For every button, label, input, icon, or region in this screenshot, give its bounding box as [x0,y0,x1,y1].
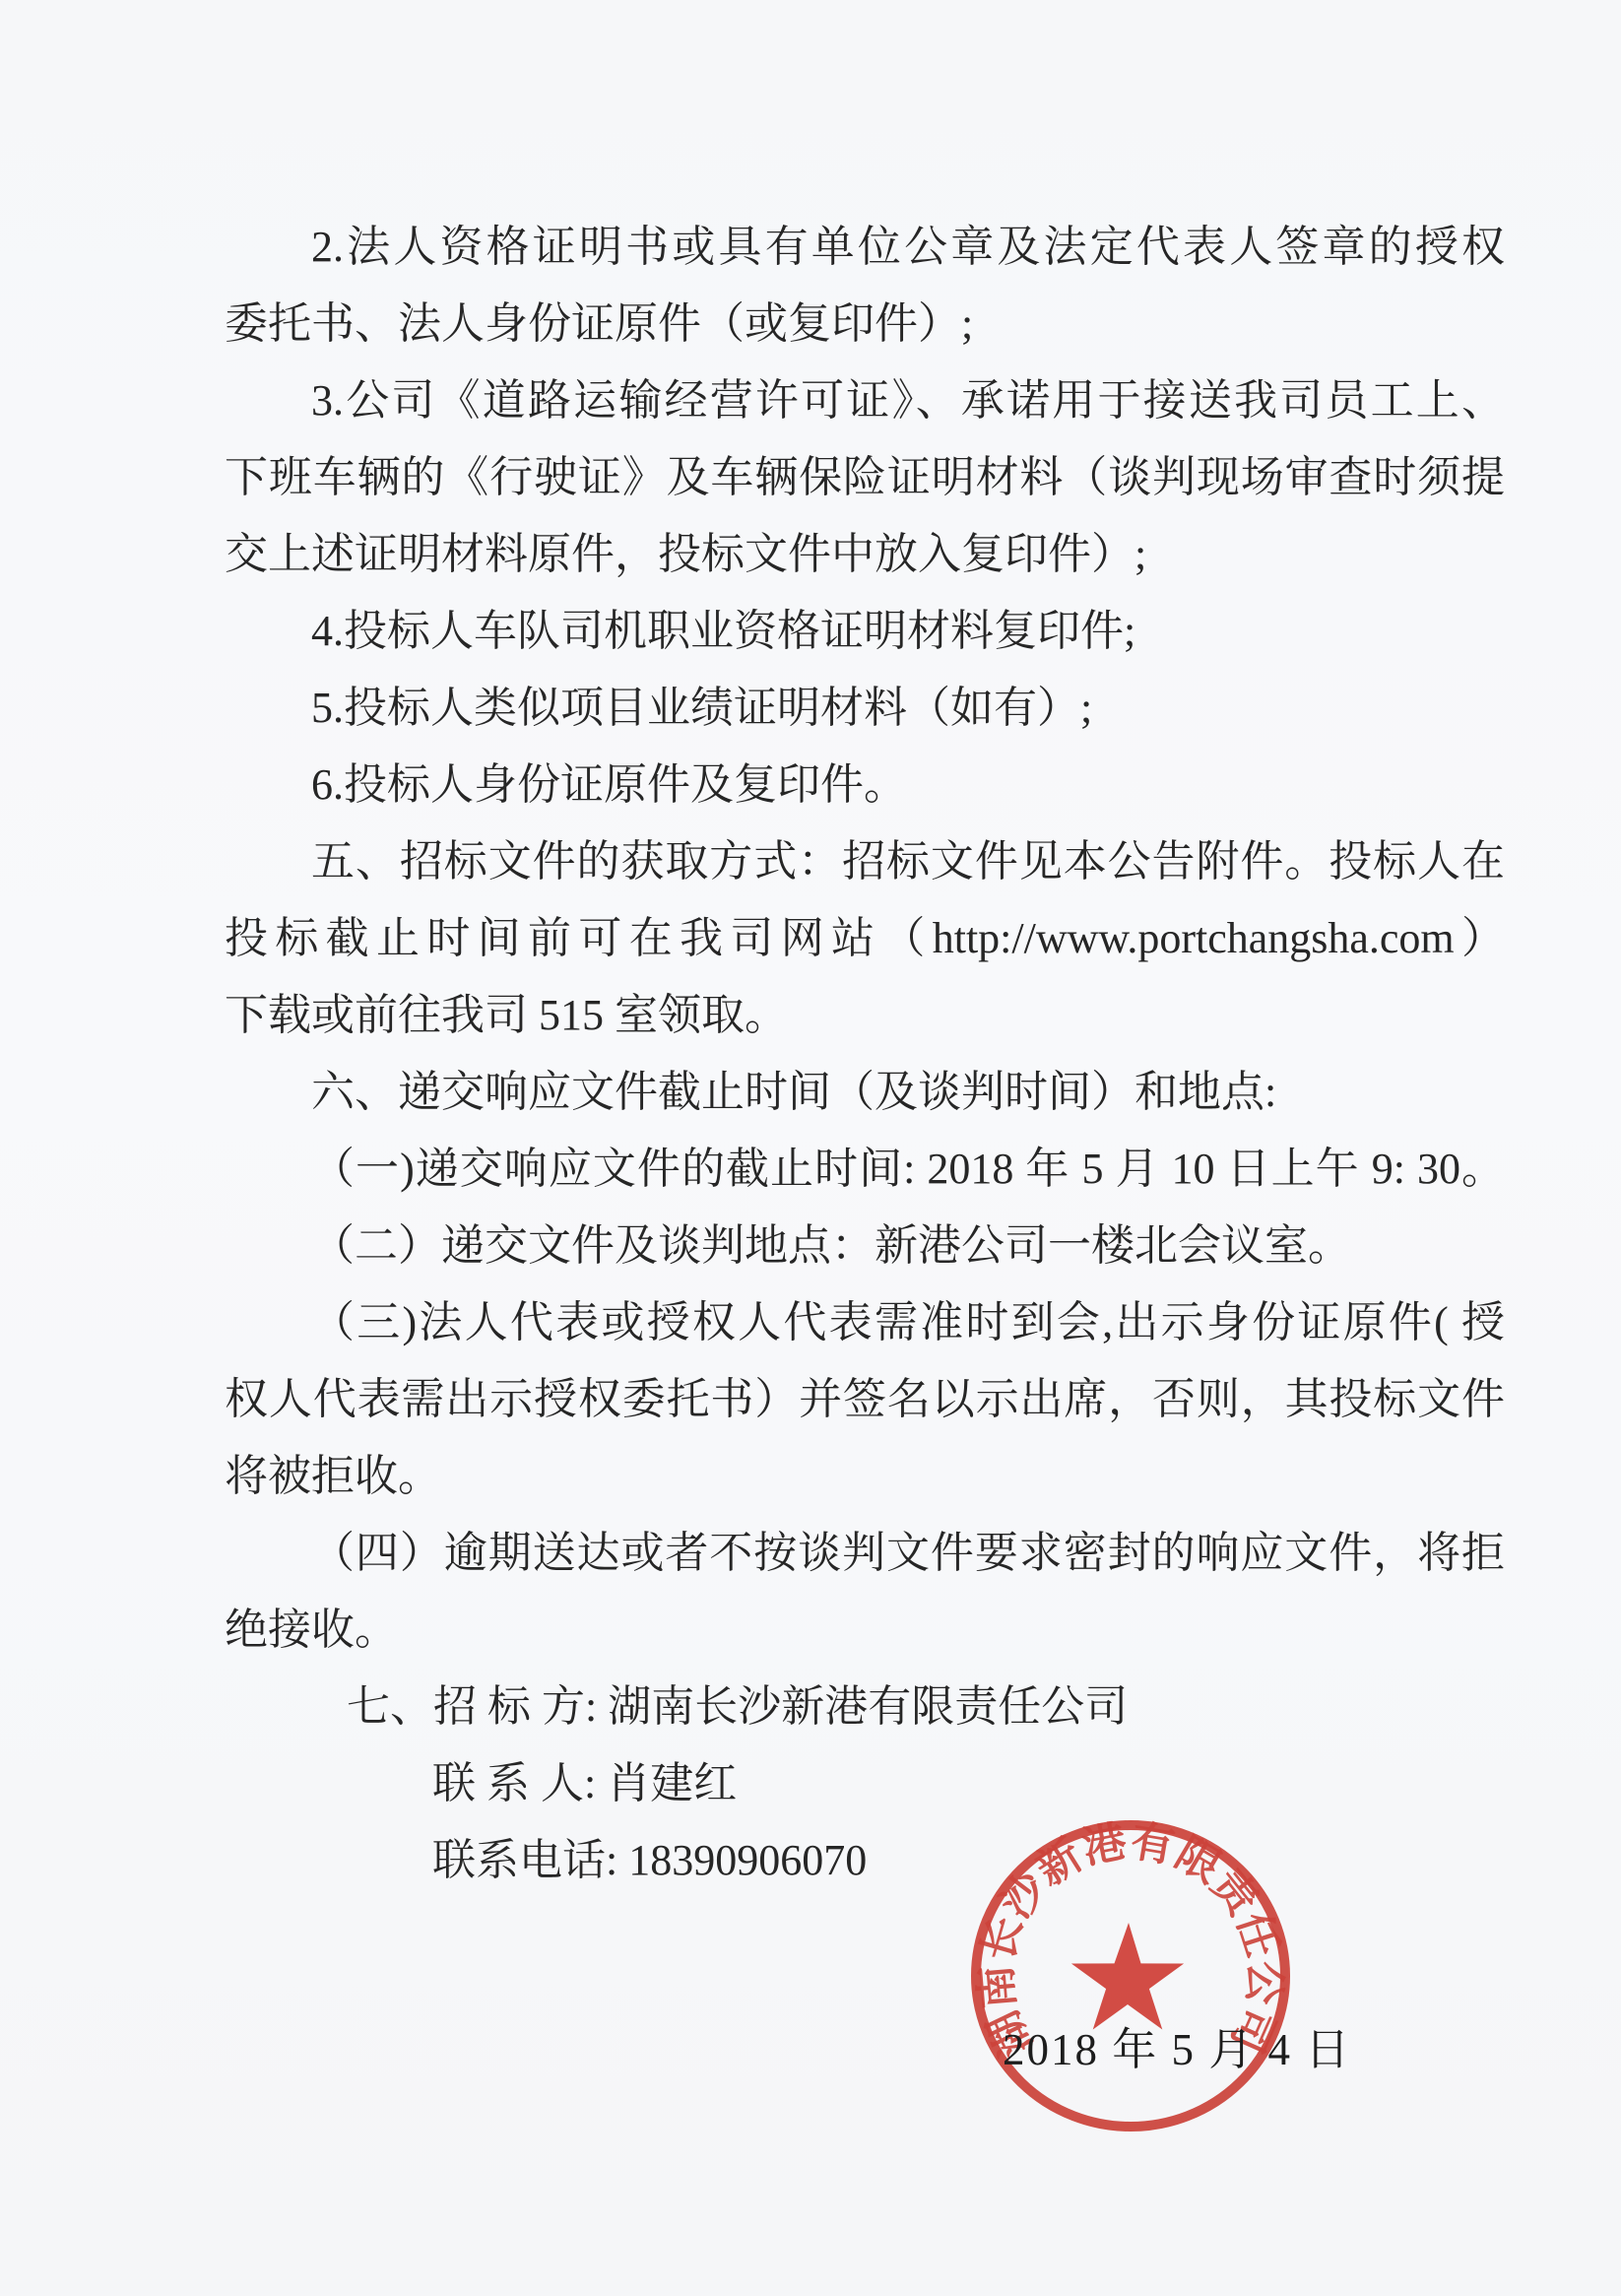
paragraph-line: （四）逾期送达或者不按谈判文件要求密封的响应文件，将拒 [225,1515,1505,1592]
issue-date: 2018 年 5 月 4 日 [1003,2011,1351,2088]
paragraph-line: 下班车辆的《行驶证》及车辆保险证明材料（谈判现场审查时须提 [225,439,1505,516]
paragraph-line: 5.投标人类似项目业绩证明材料（如有）; [225,670,1505,747]
paragraph-line: 6.投标人身份证原件及复印件。 [225,747,1505,823]
paragraph-line: 绝接收。 [225,1592,1505,1669]
paragraph-line: 交上述证明材料原件，投标文件中放入复印件）; [225,516,1505,593]
paragraph-line: 六、递交响应文件截止时间（及谈判时间）和地点: [225,1054,1505,1131]
paragraph-line: 将被拒收。 [225,1438,1505,1515]
paragraph-line: 4.投标人车队司机职业资格证明材料复印件; [225,593,1505,670]
document-body: 2.法人资格证明书或具有单位公章及法定代表人签章的授权 委托书、法人身份证原件（… [0,209,1621,1899]
paragraph-line: 权人代表需出示授权委托书）并签名以示出席，否则，其投标文件 [225,1361,1505,1438]
paragraph-line: （一)递交响应文件的截止时间: 2018 年 5 月 10 日上午 9: 30。 [225,1131,1505,1208]
tenderer-line: 七、招 标 方: 湖南长沙新港有限责任公司 [225,1669,1505,1745]
document-page: 2.法人资格证明书或具有单位公章及法定代表人签章的授权 委托书、法人身份证原件（… [0,0,1621,2296]
paragraph-line: （二）递交文件及谈判地点：新港公司一楼北会议室。 [225,1208,1505,1284]
paragraph-line: 五、招标文件的获取方式：招标文件见本公告附件。投标人在 [225,823,1505,900]
paragraph-line: 投标截止时间前可在我司网站（http://www.portchangsha.co… [225,900,1505,977]
contact-phone-line: 联系电话: 18390906070 [225,1822,1505,1899]
paragraph-line: 2.法人资格证明书或具有单位公章及法定代表人签章的授权 [225,209,1505,286]
paragraph-line: 3.公司《道路运输经营许可证》、承诺用于接送我司员工上、 [225,362,1505,439]
paragraph-line: 下载或前往我司 515 室领取。 [225,977,1505,1054]
contact-person-line: 联 系 人: 肖建红 [225,1745,1505,1822]
paragraph-line: （三)法人代表或授权人代表需准时到会,出示身份证原件( 授 [225,1284,1505,1361]
paragraph-line: 委托书、法人身份证原件（或复印件）; [225,286,1505,362]
